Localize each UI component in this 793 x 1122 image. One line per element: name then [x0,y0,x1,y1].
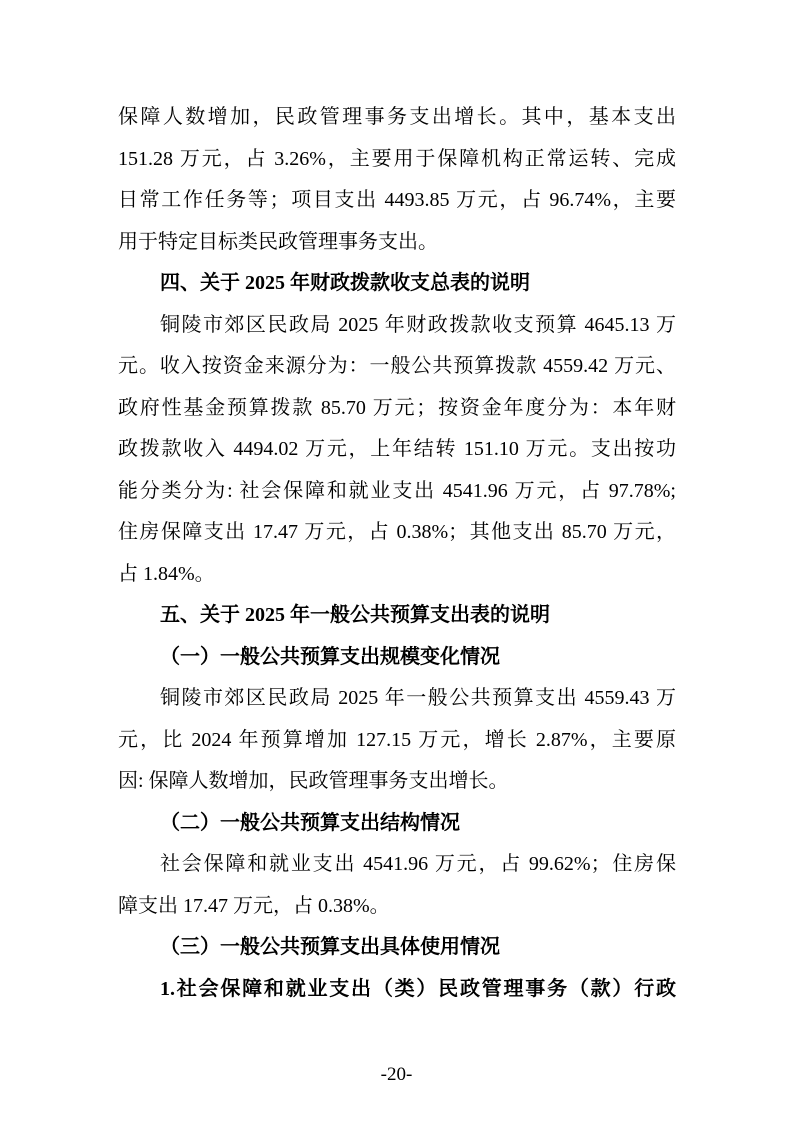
document-page: 保障人数增加，民政管理事务支出增长。其中，基本支出 151.28 万元，占 3.… [0,0,793,1122]
page-content: 保障人数增加，民政管理事务支出增长。其中，基本支出 151.28 万元，占 3.… [118,97,676,1010]
text-line: 铜陵市郊区民政局 2025 年财政拨款收支预算 4645.13 万 [118,305,676,347]
section-heading: 四、关于 2025 年财政拨款收支总表的说明 [118,263,676,305]
text-line: 铜陵市郊区民政局 2025 年一般公共预算支出 4559.43 万 [118,678,676,720]
text-line: 障支出 17.47 万元，占 0.38%。 [118,886,676,928]
text-line: 保障人数增加，民政管理事务支出增长。其中，基本支出 [118,97,676,139]
text-line: 因: 保障人数增加，民政管理事务支出增长。 [118,761,676,803]
text-line: 用于特定目标类民政管理事务支出。 [118,222,676,264]
text-line: 社会保障和就业支出 4541.96 万元，占 99.62%；住房保 [118,844,676,886]
subsection-heading: （二）一般公共预算支出结构情况 [118,803,676,845]
text-line: 元。收入按资金来源分为：一般公共预算拨款 4559.42 万元、 [118,346,676,388]
text-line: 151.28 万元，占 3.26%，主要用于保障机构正常运转、完成 [118,139,676,181]
text-line: 日常工作任务等；项目支出 4493.85 万元，占 96.74%，主要 [118,180,676,222]
subsection-heading: （一）一般公共预算支出规模变化情况 [118,637,676,679]
text-line: 政拨款收入 4494.02 万元，上年结转 151.10 万元。支出按功 [118,429,676,471]
numbered-item-line: 1.社会保障和就业支出（类）民政管理事务（款）行政 [118,969,676,1011]
text-line: 元，比 2024 年预算增加 127.15 万元，增长 2.87%，主要原 [118,720,676,762]
text-line: 住房保障支出 17.47 万元，占 0.38%；其他支出 85.70 万元， [118,512,676,554]
section-heading: 五、关于 2025 年一般公共预算支出表的说明 [118,595,676,637]
text-line: 政府性基金预算拨款 85.70 万元；按资金年度分为：本年财 [118,388,676,430]
page-number: -20- [0,1063,793,1087]
subsection-heading: （三）一般公共预算支出具体使用情况 [118,927,676,969]
text-line: 能分类分为: 社会保障和就业支出 4541.96 万元，占 97.78%; [118,471,676,513]
text-line: 占 1.84%。 [118,554,676,596]
